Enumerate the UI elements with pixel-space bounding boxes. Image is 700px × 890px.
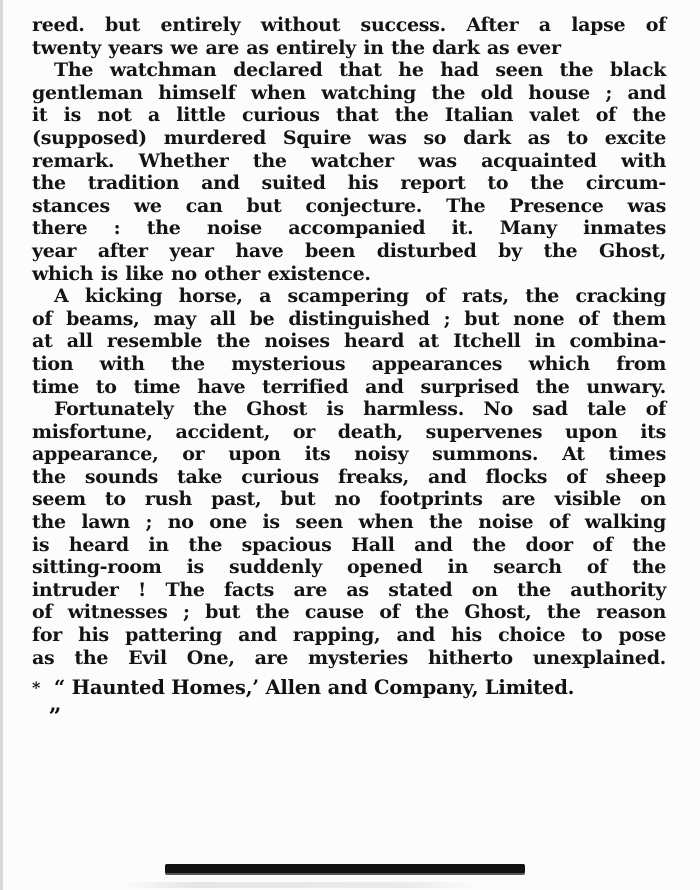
text-line: tion with the mysterious appearances whi…: [32, 353, 666, 376]
text-line: Fortunately the Ghost is harmless. No sa…: [32, 398, 666, 421]
text-line: The watchman declared that he had seen t…: [32, 59, 666, 82]
text-line: of witnesses ; but the cause of the Ghos…: [32, 601, 666, 624]
text-line: year after year have been disturbed by t…: [32, 240, 666, 263]
text-line: the sounds take curious freaks, and floc…: [32, 466, 666, 489]
text-line: appearance, or upon its noisy summons. A…: [32, 443, 666, 466]
text-line: A kicking horse, a scampering of rats, t…: [32, 285, 666, 308]
text-line: of beams, may all be distinguished ; but…: [32, 308, 666, 331]
text-line: remark. Whether the watcher was acquaint…: [32, 150, 666, 173]
page-left-edge: [0, 0, 3, 890]
text-line: gentleman himself when watching the old …: [32, 82, 666, 105]
text-line: (supposed) murdered Squire was so dark a…: [32, 127, 666, 150]
paragraph: reed. but entirely without success. Afte…: [32, 14, 666, 59]
text-line: there : the noise accompanied it. Many i…: [32, 217, 666, 240]
text-line: reed. but entirely without success. Afte…: [32, 14, 666, 37]
text-line: sitting-room is suddenly opened in searc…: [32, 556, 666, 579]
text-line: which is like no other existence.: [32, 263, 666, 286]
section-divider-rule: [165, 864, 525, 873]
footnote: *“ Haunted Homes,’ Allen and Company, Li…: [32, 675, 666, 701]
faded-bottom-text: [120, 882, 480, 888]
ink-blot-mark: „: [49, 691, 61, 717]
text-line: the tradition and suited his report to t…: [32, 172, 666, 195]
text-line: as the Evil One, are mysteries hitherto …: [32, 647, 666, 670]
text-line: at all resemble the noises heard at Itch…: [32, 330, 666, 353]
paragraph: A kicking horse, a scampering of rats, t…: [32, 285, 666, 398]
paragraph: Fortunately the Ghost is harmless. No sa…: [32, 398, 666, 669]
footnote-text: “ Haunted Homes,’ Allen and Company, Lim…: [54, 676, 574, 699]
paragraph: The watchman declared that he had seen t…: [32, 59, 666, 285]
text-line: time to time have terrified and surprise…: [32, 376, 666, 399]
text-line: it is not a little curious that the Ital…: [32, 104, 666, 127]
text-line: is heard in the spacious Hall and the do…: [32, 534, 666, 557]
article-column: reed. but entirely without success. Afte…: [32, 14, 666, 701]
text-line: misfortune, accident, or death, superven…: [32, 421, 666, 444]
text-line: seem to rush past, but no footprints are…: [32, 488, 666, 511]
text-line: for his pattering and rapping, and his c…: [32, 624, 666, 647]
text-line: twenty years we are as entirely in the d…: [32, 37, 666, 60]
text-line: intruder ! The facts are as stated on th…: [32, 579, 666, 602]
text-line: the lawn ; no one is seen when the noise…: [32, 511, 666, 534]
text-line: stances we can but conjecture. The Prese…: [32, 195, 666, 218]
